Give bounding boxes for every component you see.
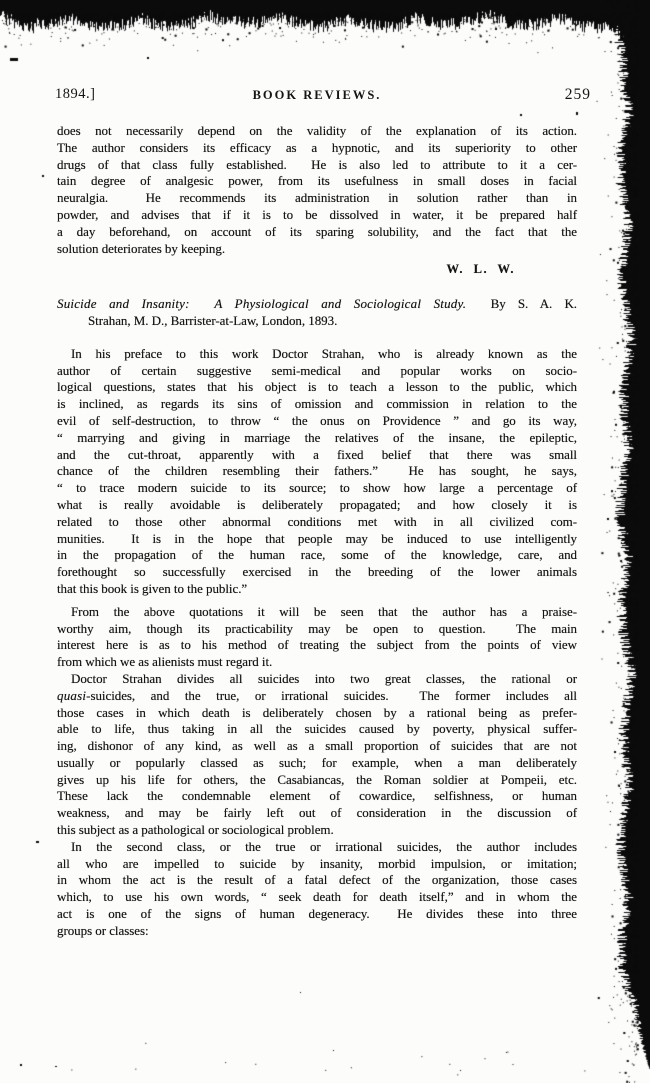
- reviewer-signature: W. L. W.: [57, 261, 577, 278]
- text-line: interest here is as to his method of tre…: [57, 637, 577, 654]
- text-line: quasi-suicides, and the true, or irratio…: [57, 688, 577, 705]
- text-line: related to those other abnormal conditio…: [57, 514, 577, 531]
- text-line: These lack the condemnable element of co…: [57, 788, 577, 805]
- text-line: author of certain suggestive semi-medica…: [57, 363, 577, 380]
- text-line: solution deteriorates by keeping.: [57, 241, 577, 258]
- text-line: forethought so successfully exercised in…: [57, 564, 577, 581]
- text-line: what is really avoidable is deliberately…: [57, 497, 577, 514]
- text-line: usually or popularly classed as such; fo…: [57, 755, 577, 772]
- text-line: in whom the act is the result of a fatal…: [57, 872, 577, 889]
- text-line: in the propagation of the human race, so…: [57, 547, 577, 564]
- running-header: 1894.] BOOK REVIEWS. 259: [57, 86, 577, 104]
- page-content: 1894.] BOOK REVIEWS. 259 does not necess…: [57, 86, 577, 940]
- text-line: from which we as alienists must regard i…: [57, 654, 577, 671]
- text-line: From the above quotations it will be see…: [57, 604, 577, 621]
- text-line: a day beforehand, on account of its spar…: [57, 224, 577, 241]
- text-line: which, to use his own words, “ seek deat…: [57, 889, 577, 906]
- text-line: tain degree of analgesic power, from its…: [57, 173, 577, 190]
- text-line: Doctor Strahan divides all suicides into…: [57, 671, 577, 688]
- text-line: In his preface to this work Doctor Strah…: [57, 346, 577, 363]
- text-line: ing, dishonor of any kind, as well as a …: [57, 738, 577, 755]
- text-line: evil of self-destruction, to throw “ the…: [57, 413, 577, 430]
- header-section-title: BOOK REVIEWS.: [57, 88, 577, 103]
- header-page-number: 259: [565, 86, 591, 104]
- text-line: drugs of that class fully established. H…: [57, 157, 577, 174]
- text-line: munities. It is in the hope that people …: [57, 531, 577, 548]
- text-line: chance of the children resembling their …: [57, 463, 577, 480]
- text-line: gives up his life for others, the Casabi…: [57, 772, 577, 789]
- text-line: is inclined, as regards its sins of omis…: [57, 396, 577, 413]
- text-line: and the cut-throat, apparently with a fi…: [57, 447, 577, 464]
- text-line: “ to trace modern suicide to its source;…: [57, 480, 577, 497]
- text-line: act is one of the signs of human degener…: [57, 906, 577, 923]
- text-line: this subject as a pathological or sociol…: [57, 822, 577, 839]
- previous-review-continuation-paragraph: does not necessarily depend on the valid…: [57, 123, 577, 257]
- text-line: worthy aim, though its practicability ma…: [57, 621, 577, 638]
- text-line: neuralgia. He recommends its administrat…: [57, 190, 577, 207]
- text-line: The author considers its efficacy as a h…: [57, 140, 577, 157]
- text-line: groups or classes:: [57, 923, 577, 940]
- book-review-heading: Suicide and Insanity: A Physiological an…: [57, 296, 577, 330]
- text-line: In the second class, or the true or irra…: [57, 839, 577, 856]
- text-line: that this book is given to the public.”: [57, 581, 577, 598]
- text-line: does not necessarily depend on the valid…: [57, 123, 577, 140]
- text-line: those cases in which death is deliberate…: [57, 705, 577, 722]
- text-block: does not necessarily depend on the valid…: [57, 123, 577, 940]
- book-title-and-author: Suicide and Insanity: A Physiological an…: [57, 296, 577, 313]
- review-paragraph-2: From the above quotations it will be see…: [57, 604, 577, 671]
- text-line: able to life, thus taking in all the sui…: [57, 721, 577, 738]
- text-line: weakness, and may be fairly left out of …: [57, 805, 577, 822]
- text-line: logical questions, states that his objec…: [57, 379, 577, 396]
- review-paragraph-4: In the second class, or the true or irra…: [57, 839, 577, 940]
- text-line: all who are impelled to suicide by insan…: [57, 856, 577, 873]
- book-imprint-line: Strahan, M. D., Barrister-at-Law, London…: [57, 313, 577, 330]
- text-line: powder, and advises that if it is to be …: [57, 207, 577, 224]
- review-paragraph-3: Doctor Strahan divides all suicides into…: [57, 671, 577, 839]
- text-line: “ marrying and giving in marriage the re…: [57, 430, 577, 447]
- review-paragraph-1: In his preface to this work Doctor Strah…: [57, 346, 577, 598]
- scanned-book-page: 1894.] BOOK REVIEWS. 259 does not necess…: [0, 0, 650, 1083]
